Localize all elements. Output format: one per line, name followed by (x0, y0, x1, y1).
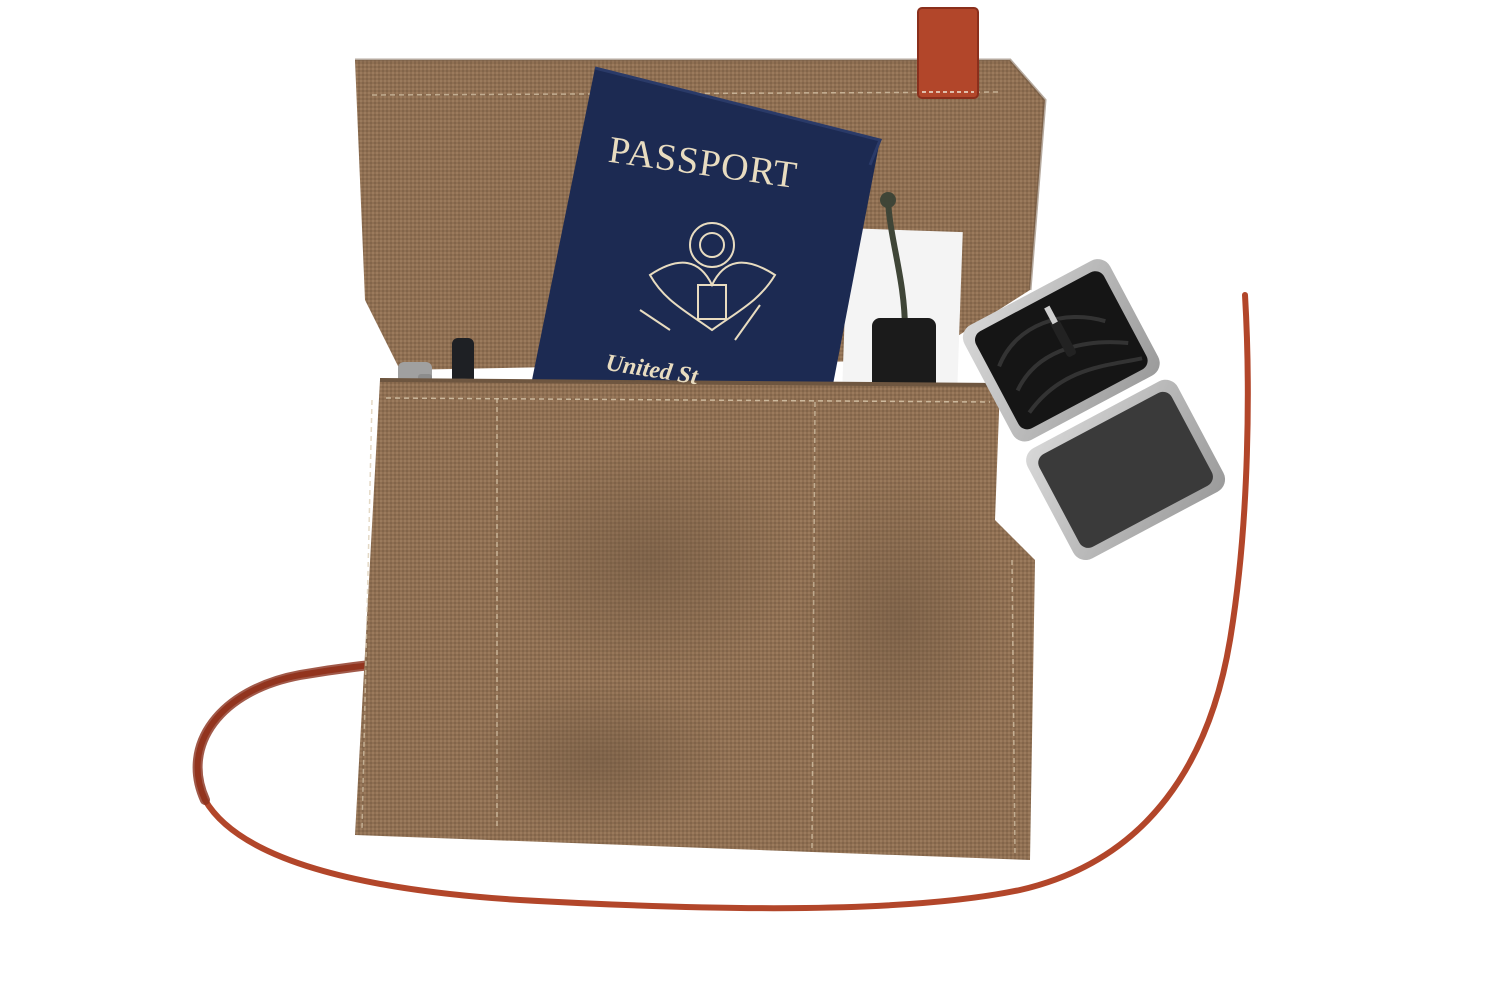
leather-tab (918, 8, 978, 98)
photo-scene: PASSPORT United St (0, 0, 1500, 1000)
